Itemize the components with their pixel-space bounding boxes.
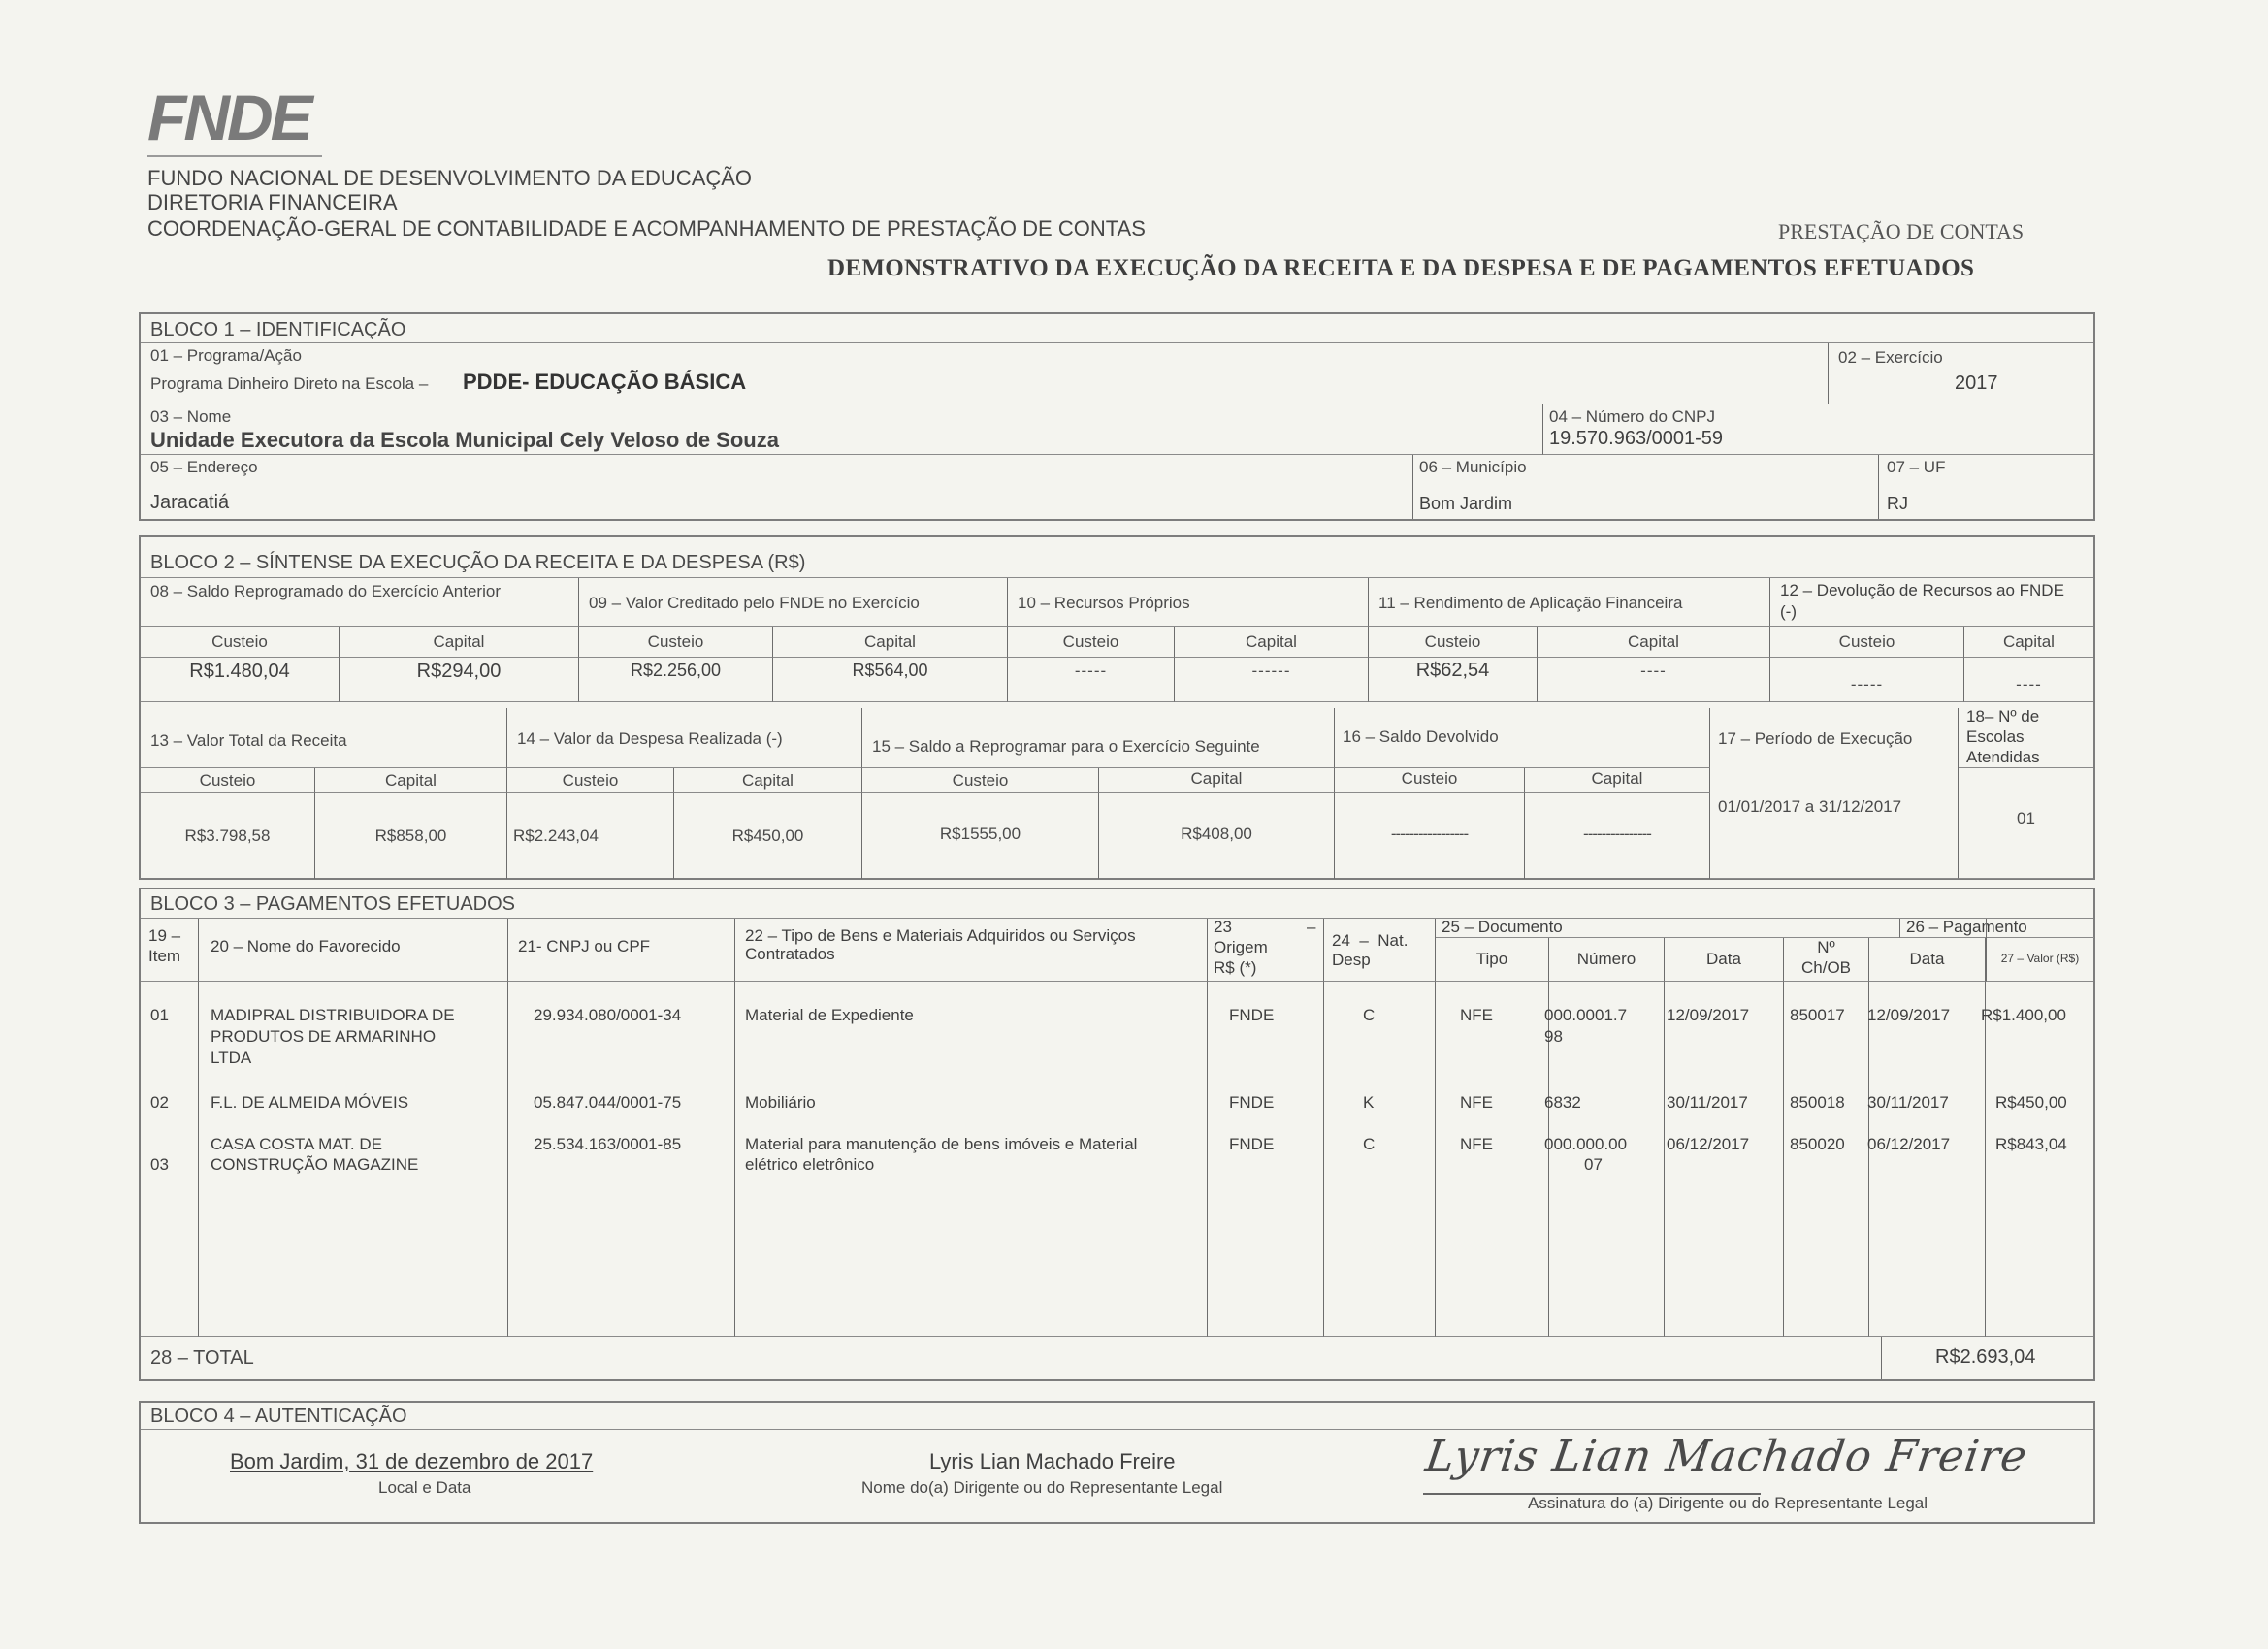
col-doc-numero (1549, 982, 1665, 1337)
header-text: Item (148, 946, 180, 967)
bloco3-title-row: BLOCO 3 – PAGAMENTOS EFETUADOS (141, 889, 2093, 919)
row-pag-num: 850020 (1790, 1134, 1845, 1155)
capital-header: Capital (1099, 769, 1334, 789)
r2-capital-4: Capital (1525, 768, 1710, 793)
row-valor: R$1.400,00 (1981, 1005, 2066, 1026)
row-doc-tipo: NFE (1460, 1134, 1493, 1155)
value: R$2.243,04 (513, 826, 599, 846)
row-tipo-bens: Material para manutenção de bens imóveis… (745, 1134, 1137, 1155)
capital-header: Capital (674, 771, 861, 791)
valor-total-receita-label: 13 – Valor Total da Receita (150, 731, 347, 751)
value: R$408,00 (1099, 824, 1334, 844)
col-tipo-bens-header: 22 – Tipo de Bens e Materiais Adquiridos… (735, 919, 1208, 982)
row-doc-numero: 07 (1584, 1154, 1603, 1176)
row-favorecido: PRODUTOS DE ARMARINHO (211, 1026, 436, 1048)
r1-capital-4: Capital (1538, 627, 1770, 658)
row-item: 03 (150, 1154, 169, 1176)
local-data-value: Bom Jardim, 31 de dezembro de 2017 (230, 1449, 593, 1474)
row-valor: R$450,00 (1995, 1092, 2067, 1114)
header-text: Contratados (745, 944, 835, 965)
header-text: Data (1665, 949, 1783, 970)
value: R$62,54 (1369, 660, 1537, 682)
capital-header: Capital (1538, 632, 1769, 652)
row-tipo-bens: Material de Expediente (745, 1005, 914, 1026)
capital-header: Capital (340, 632, 578, 652)
row-favorecido: MADIPRAL DISTRIBUIDORA DE (211, 1005, 455, 1026)
bloco3-title: BLOCO 3 – PAGAMENTOS EFETUADOS (150, 893, 515, 916)
col-doc-tipo (1436, 982, 1549, 1337)
row-tipo-bens: elétrico eletrônico (745, 1154, 874, 1176)
col-cnpj-header: 21- CNPJ ou CPF (508, 919, 735, 982)
custeio-header: Custeio (141, 632, 339, 652)
uf-cell: 07 – UF RJ (1879, 455, 2093, 519)
valor-creditado-custeio: R$2.256,00 (579, 658, 773, 702)
r2-capital-3: Capital (1099, 768, 1335, 793)
escolas-label: 18– Nº de (1966, 708, 2039, 727)
nome-cell: 03 – Nome Unidade Executora da Escola Mu… (141, 404, 1543, 455)
header-text: Número (1549, 949, 1664, 970)
doc-category: PRESTAÇÃO DE CONTAS (1778, 219, 2024, 244)
row-cnpj: 25.534.163/0001-85 (534, 1134, 681, 1155)
row-pag-num: 850018 (1790, 1092, 1845, 1114)
saldo-reprogramado-label: 08 – Saldo Reprogramado do Exercício Ant… (150, 582, 501, 601)
value: ---- (1964, 675, 2093, 695)
col-nat-desp-header: 24 – Nat. Desp (1324, 919, 1436, 982)
nome-label: 03 – Nome (150, 407, 231, 427)
periodo-value: 01/01/2017 a 31/12/2017 (1718, 797, 1901, 817)
row-doc-tipo: NFE (1460, 1005, 1493, 1026)
despesa-realizada-capital: R$450,00 (674, 793, 862, 879)
custeio-header: Custeio (862, 771, 1098, 791)
saldo-reprogramar-custeio: R$1555,00 (862, 793, 1099, 879)
value: ------ (1175, 662, 1368, 681)
programa-label: 01 – Programa/Ação (150, 346, 302, 366)
row-doc-data: 12/09/2017 (1667, 1005, 1749, 1026)
capital-header: Capital (1525, 769, 1709, 789)
bloco2-title: BLOCO 2 – SÍNTENSE DA EXECUÇÃO DA RECEIT… (150, 552, 805, 574)
valor-creditado-label: 09 – Valor Creditado pelo FNDE no Exercí… (589, 594, 920, 613)
col-pag-num-header: Nº Ch/OB (1784, 938, 1869, 982)
col-favorecido-header: 20 – Nome do Favorecido (199, 919, 508, 982)
row-doc-numero: 6832 (1544, 1092, 1581, 1114)
header-text: Ch/OB (1784, 957, 1868, 979)
despesa-realizada-label: 14 – Valor da Despesa Realizada (-) (517, 729, 783, 749)
r1-custeio-3: Custeio (1008, 627, 1175, 658)
header-text: Data (1869, 949, 1985, 970)
org-directorate: DIRETORIA FINANCEIRA (147, 191, 398, 214)
r2-capital-1: Capital (315, 768, 507, 793)
header-text: Desp (1332, 950, 1371, 971)
header-text: Origem (1214, 937, 1268, 958)
r2-custeio-3: Custeio (862, 768, 1099, 793)
col-pag-data (1869, 982, 1986, 1337)
row-item: 01 (150, 1005, 169, 1026)
r1-capital-1: Capital (340, 627, 579, 658)
row-doc-tipo: NFE (1460, 1092, 1493, 1114)
saldo-devolvido-header: 16 – Saldo Devolvido (1335, 708, 1710, 768)
r1-custeio-1: Custeio (141, 627, 340, 658)
total-label: 28 – TOTAL (150, 1347, 254, 1370)
col-item-header: 19 – Item (141, 919, 199, 982)
capital-header: Capital (315, 771, 506, 791)
row-nat: C (1363, 1134, 1375, 1155)
programa-cell: 01 – Programa/Ação Programa Dinheiro Dir… (141, 343, 1829, 404)
saldo-reprogramar-capital: R$408,00 (1099, 793, 1335, 879)
total-label-cell: 28 – TOTAL (141, 1337, 1882, 1379)
value: --------------- (1525, 824, 1709, 844)
rendimento-custeio: R$62,54 (1369, 658, 1538, 702)
valor-creditado-capital: R$564,00 (773, 658, 1008, 702)
header-text: R$ (*) (1214, 957, 1256, 979)
saldo-reprogramado-capital: R$294,00 (340, 658, 579, 702)
bloco2-title-row: BLOCO 2 – SÍNTENSE DA EXECUÇÃO DA RECEIT… (141, 537, 2093, 578)
col-pag-num (1784, 982, 1869, 1337)
col-doc-data-header: Data (1665, 938, 1784, 982)
municipio-label: 06 – Município (1419, 458, 1527, 477)
value: R$564,00 (773, 661, 1007, 681)
cnpj-cell: 04 – Número do CNPJ 19.570.963/0001-59 (1543, 404, 2093, 455)
value: R$2.256,00 (579, 661, 772, 681)
bloco4-autenticacao: BLOCO 4 – AUTENTICAÇÃO Bom Jardim, 31 de… (139, 1401, 2095, 1524)
programa-prefix: Programa Dinheiro Direto na Escola – (150, 374, 428, 394)
col-valor (1986, 982, 2093, 1337)
periodo-execucao-cell: 17 – Período de Execução 01/01/2017 a 31… (1710, 708, 1959, 879)
local-data-label: Local e Data (378, 1478, 470, 1498)
col-valor-header: 27 – Valor (R$) (1986, 919, 2093, 982)
valor-total-receita-header: 13 – Valor Total da Receita (141, 708, 507, 768)
header-text: 19 – (148, 925, 180, 947)
value: R$450,00 (674, 826, 861, 846)
exercicio-label: 02 – Exercício (1838, 348, 1943, 368)
value: R$1555,00 (862, 824, 1098, 844)
saldo-reprogramado-custeio: R$1.480,04 (141, 658, 340, 702)
row-tipo-bens: Mobiliário (745, 1092, 816, 1114)
capital-header: Capital (1964, 632, 2093, 652)
valor-total-receita-capital: R$858,00 (315, 793, 507, 879)
capital-header: Capital (773, 632, 1007, 652)
custeio-header: Custeio (1008, 632, 1174, 652)
bloco1-title: BLOCO 1 – IDENTIFICAÇÃO (150, 319, 405, 341)
row-pag-data: 06/12/2017 (1867, 1134, 1950, 1155)
rendimento-header: 11 – Rendimento de Aplicação Financeira (1369, 578, 1770, 627)
saldo-devolvido-custeio: ----------------- (1335, 793, 1525, 879)
row-doc-data: 06/12/2017 (1667, 1134, 1749, 1155)
org-coordination: COORDENAÇÃO-GERAL DE CONTABILIDADE E ACO… (147, 217, 1146, 241)
exercicio-value: 2017 (1955, 372, 1998, 395)
signature: Lyris Lian Machado Freire (1422, 1432, 2030, 1481)
devolucao-custeio: ----- (1770, 658, 1964, 702)
row-doc-numero: 000.0001.7 (1544, 1005, 1627, 1026)
recursos-proprios-capital: ------ (1175, 658, 1369, 702)
col-pag-data-header: Data (1869, 938, 1986, 982)
header-text: 20 – Nome do Favorecido (211, 936, 401, 957)
row-doc-numero: 98 (1544, 1026, 1563, 1048)
bloco4-title: BLOCO 4 – AUTENTICAÇÃO (150, 1406, 407, 1428)
exercicio-cell: 02 – Exercício 2017 (1829, 343, 2093, 404)
dirigente-name: Lyris Lian Machado Freire (929, 1449, 1176, 1474)
row-nat: K (1363, 1092, 1374, 1114)
custeio-header: Custeio (1369, 632, 1537, 652)
header-text: – (1307, 919, 1315, 938)
header-text: 21- CNPJ ou CPF (518, 936, 650, 957)
fnde-logo: FNDE (147, 85, 310, 149)
row-pag-data: 30/11/2017 (1867, 1092, 1949, 1114)
row-origem: FNDE (1229, 1005, 1274, 1026)
header-text: 25 – Documento (1442, 919, 1563, 938)
r1-capital-3: Capital (1175, 627, 1369, 658)
row-origem: FNDE (1229, 1134, 1274, 1155)
col-item (141, 982, 199, 1337)
col-doc-numero-header: Número (1549, 938, 1665, 982)
custeio-header: Custeio (579, 632, 772, 652)
recursos-proprios-custeio: ----- (1008, 658, 1175, 702)
header-text: 23 (1214, 919, 1232, 938)
assinatura-label: Assinatura do (a) Dirigente ou do Repres… (1528, 1494, 1928, 1513)
row-cnpj: 05.847.044/0001-75 (534, 1092, 681, 1114)
periodo-label: 17 – Período de Execução (1718, 729, 1912, 749)
col-documento-header: 25 – Documento (1436, 919, 1900, 938)
cnpj-label: 04 – Número do CNPJ (1549, 407, 1715, 427)
row-favorecido: LTDA (211, 1048, 251, 1069)
value: R$858,00 (315, 826, 506, 846)
rendimento-capital: ---- (1538, 658, 1770, 702)
col-origem (1208, 982, 1324, 1337)
col-nat-desp (1324, 982, 1436, 1337)
r1-capital-2: Capital (773, 627, 1008, 658)
recursos-proprios-header: 10 – Recursos Próprios (1008, 578, 1369, 627)
escolas-atendidas-cell: 18– Nº de Escolas Atendidas (1959, 708, 2093, 768)
endereco-label: 05 – Endereço (150, 458, 258, 477)
r2-custeio-4: Custeio (1335, 768, 1525, 793)
saldo-reprogramar-header: 15 – Saldo a Reprogramar para o Exercíci… (862, 708, 1335, 768)
r1-custeio-4: Custeio (1369, 627, 1538, 658)
r2-custeio-2: Custeio (507, 768, 674, 793)
custeio-header: Custeio (507, 771, 673, 791)
row-nat: C (1363, 1005, 1375, 1026)
saldo-devolvido-label: 16 – Saldo Devolvido (1343, 727, 1499, 747)
rendimento-label: 11 – Rendimento de Aplicação Financeira (1378, 594, 1682, 613)
header-text: 27 – Valor (R$) (1987, 948, 2093, 969)
escolas-label: Atendidas (1966, 747, 2040, 768)
document-title: DEMONSTRATIVO DA EXECUÇÃO DA RECEITA E D… (827, 255, 1974, 282)
value: R$294,00 (340, 661, 578, 683)
r2-custeio-1: Custeio (141, 768, 315, 793)
bloco3-pagamentos: BLOCO 3 – PAGAMENTOS EFETUADOS 19 – Item… (139, 888, 2095, 1381)
col-cnpj (508, 982, 735, 1337)
dirigente-label: Nome do(a) Dirigente ou do Representante… (861, 1478, 1222, 1498)
custeio-header: Custeio (141, 771, 314, 791)
saldo-reprogramar-label: 15 – Saldo a Reprogramar para o Exercíci… (872, 737, 1260, 757)
bloco2-sintese: BLOCO 2 – SÍNTENSE DA EXECUÇÃO DA RECEIT… (139, 535, 2095, 880)
devolucao-label: 12 – Devolução de Recursos ao FNDE (-) (1780, 580, 2071, 623)
row-favorecido: CONSTRUÇÃO MAGAZINE (211, 1154, 418, 1176)
r1-custeio-2: Custeio (579, 627, 773, 658)
row-pag-num: 850017 (1790, 1005, 1845, 1026)
programa-value: PDDE- EDUCAÇÃO BÁSICA (463, 370, 746, 395)
uf-value: RJ (1887, 494, 1908, 514)
cnpj-value: 19.570.963/0001-59 (1549, 428, 1723, 450)
nome-value: Unidade Executora da Escola Municipal Ce… (150, 428, 779, 453)
valor-total-receita-custeio: R$3.798,58 (141, 793, 315, 879)
total-value-cell: R$2.693,04 (1882, 1337, 2093, 1379)
value: ---- (1538, 662, 1769, 681)
row-origem: FNDE (1229, 1092, 1274, 1114)
header-text: 24 – Nat. (1332, 930, 1408, 952)
municipio-cell: 06 – Município Bom Jardim (1413, 455, 1879, 519)
col-doc-data (1665, 982, 1784, 1337)
custeio-header: Custeio (1335, 769, 1524, 789)
row-item: 02 (150, 1092, 169, 1114)
row-cnpj: 29.934.080/0001-34 (534, 1005, 681, 1026)
recursos-proprios-label: 10 – Recursos Próprios (1018, 594, 1190, 613)
r2-capital-2: Capital (674, 768, 862, 793)
row-doc-data: 30/11/2017 (1667, 1092, 1748, 1114)
r1-custeio-5: Custeio (1770, 627, 1964, 658)
saldo-reprogramado-header: 08 – Saldo Reprogramado do Exercício Ant… (141, 578, 579, 627)
custeio-header: Custeio (1770, 632, 1963, 652)
r1-capital-5: Capital (1964, 627, 2093, 658)
row-favorecido: CASA COSTA MAT. DE (211, 1134, 382, 1155)
value: R$3.798,58 (141, 826, 314, 846)
uf-label: 07 – UF (1887, 458, 1945, 477)
row-favorecido: F.L. DE ALMEIDA MÓVEIS (211, 1092, 408, 1114)
bloco4-title-row: BLOCO 4 – AUTENTICAÇÃO (141, 1403, 2093, 1430)
municipio-value: Bom Jardim (1419, 494, 1512, 514)
valor-creditado-header: 09 – Valor Creditado pelo FNDE no Exercí… (579, 578, 1008, 627)
row-doc-numero: 000.000.00 (1544, 1134, 1627, 1155)
header-text: Nº (1784, 938, 1868, 958)
logo-underline (147, 155, 322, 157)
total-value: R$2.693,04 (1935, 1346, 2035, 1369)
value: R$1.480,04 (141, 661, 339, 683)
escolas-atendidas-value-cell: 01 (1959, 768, 2093, 879)
escolas-value: 01 (1959, 809, 2093, 828)
endereco-cell: 05 – Endereço Jaracatiá (141, 455, 1413, 519)
header-text: Tipo (1436, 949, 1548, 970)
devolucao-capital: ---- (1964, 658, 2093, 702)
col-doc-tipo-header: Tipo (1436, 938, 1549, 982)
devolucao-header: 12 – Devolução de Recursos ao FNDE (-) (1770, 578, 2093, 627)
bloco1-identificacao: BLOCO 1 – IDENTIFICAÇÃO 01 – Programa/Aç… (139, 312, 2095, 521)
col-origem-header: 23 – Origem R$ (*) (1208, 919, 1324, 982)
value: ----- (1008, 662, 1174, 681)
org-name: FUNDO NACIONAL DE DESENVOLVIMENTO DA EDU… (147, 167, 752, 190)
saldo-devolvido-capital: --------------- (1525, 793, 1710, 879)
despesa-realizada-header: 14 – Valor da Despesa Realizada (-) (507, 708, 862, 768)
bloco1-title-row: BLOCO 1 – IDENTIFICAÇÃO (141, 314, 2093, 343)
row-pag-data: 12/09/2017 (1867, 1005, 1950, 1026)
endereco-value: Jaracatiá (150, 492, 229, 514)
capital-header: Capital (1175, 632, 1368, 652)
row-valor: R$843,04 (1995, 1134, 2067, 1155)
despesa-realizada-custeio: R$2.243,04 (507, 793, 674, 879)
value: ----- (1770, 675, 1963, 695)
value: ----------------- (1335, 824, 1524, 844)
escolas-label: Escolas (1966, 727, 2025, 748)
